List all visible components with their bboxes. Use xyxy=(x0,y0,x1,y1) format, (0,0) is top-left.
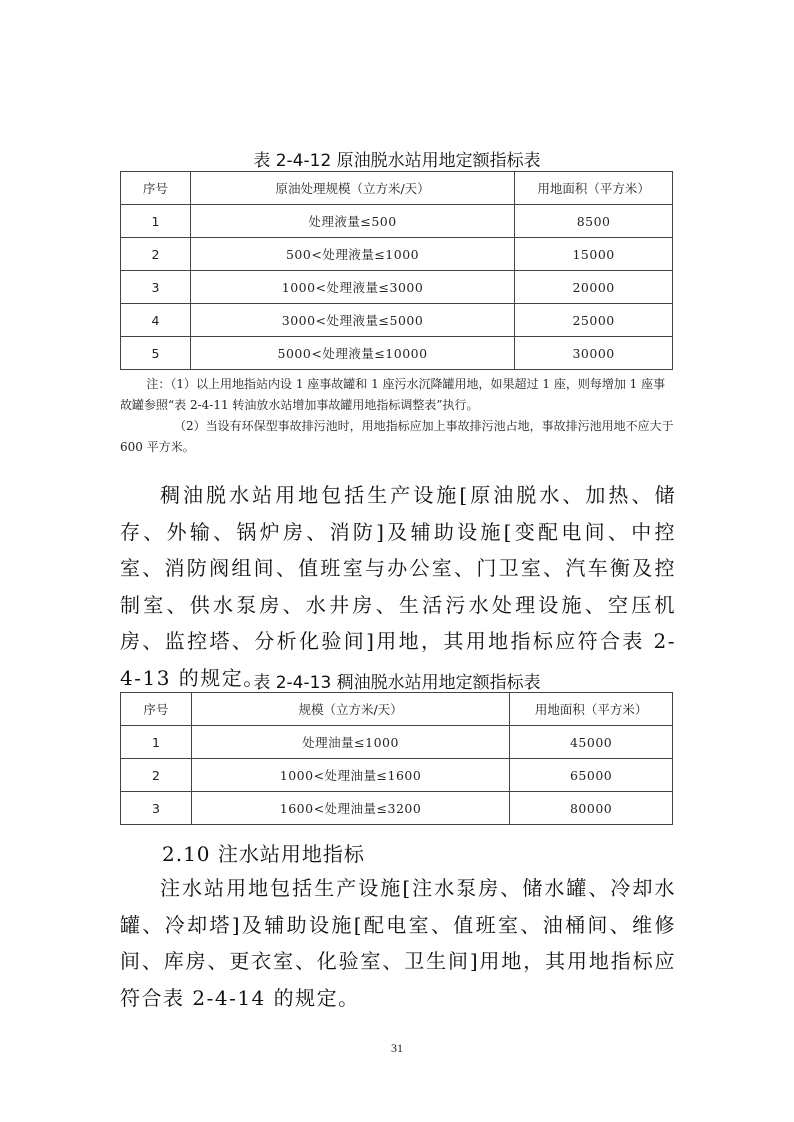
table1-caption: 表 2-4-12 原油脱水站用地定额指标表 xyxy=(0,146,794,171)
table2-caption: 表 2-4-13 稠油脱水站用地定额指标表 xyxy=(0,668,794,693)
cell-area: 20000 xyxy=(515,271,673,304)
header-scale: 规模（立方米/天） xyxy=(191,693,509,726)
cell-no: 4 xyxy=(121,304,191,337)
table-row: 2 500<处理液量≤1000 15000 xyxy=(121,238,673,271)
cell-no: 2 xyxy=(121,759,192,792)
cell-no: 5 xyxy=(121,337,191,370)
page-number: 31 xyxy=(0,1041,794,1056)
table-header-row: 序号 规模（立方米/天） 用地面积（平方米） xyxy=(121,693,673,726)
table2-heavy-oil-dehydration: 序号 规模（立方米/天） 用地面积（平方米） 1 处理油量≤1000 45000… xyxy=(120,692,673,825)
paragraph-water-injection-station: 注水站用地包括生产设施[注水泵房、储水罐、冷却水罐、冷却塔]及辅助设施[配电室、… xyxy=(120,870,676,1016)
table-row: 4 3000<处理液量≤5000 25000 xyxy=(121,304,673,337)
cell-area: 65000 xyxy=(510,759,673,792)
header-area: 用地面积（平方米） xyxy=(515,172,673,205)
table-header-row: 序号 原油处理规模（立方米/天） 用地面积（平方米） xyxy=(121,172,673,205)
table-row: 1 处理液量≤500 8500 xyxy=(121,205,673,238)
paragraph-heavy-oil-station: 稠油脱水站用地包括生产设施[原油脱水、加热、储存、外输、锅炉房、消防]及辅助设施… xyxy=(120,477,676,696)
table1-crude-oil-dehydration: 序号 原油处理规模（立方米/天） 用地面积（平方米） 1 处理液量≤500 85… xyxy=(120,171,673,370)
cell-no: 1 xyxy=(121,205,191,238)
header-scale: 原油处理规模（立方米/天） xyxy=(190,172,514,205)
header-no: 序号 xyxy=(121,693,192,726)
cell-no: 3 xyxy=(121,271,191,304)
cell-scale: 500<处理液量≤1000 xyxy=(190,238,514,271)
cell-no: 1 xyxy=(121,726,192,759)
paragraph-text: 稠油脱水站用地包括生产设施[原油脱水、加热、储存、外输、锅炉房、消防]及辅助设施… xyxy=(120,477,676,696)
table-row: 1 处理油量≤1000 45000 xyxy=(121,726,673,759)
table-row: 5 5000<处理液量≤10000 30000 xyxy=(121,337,673,370)
cell-area: 80000 xyxy=(510,792,673,825)
cell-no: 2 xyxy=(121,238,191,271)
cell-area: 8500 xyxy=(515,205,673,238)
cell-scale: 处理油量≤1000 xyxy=(191,726,509,759)
cell-scale: 1000<处理油量≤1600 xyxy=(191,759,509,792)
cell-scale: 处理液量≤500 xyxy=(190,205,514,238)
cell-area: 45000 xyxy=(510,726,673,759)
cell-area: 30000 xyxy=(515,337,673,370)
cell-scale: 5000<处理液量≤10000 xyxy=(190,337,514,370)
cell-scale: 1000<处理液量≤3000 xyxy=(190,271,514,304)
note-1: 注：（1）以上用地指站内设 1 座事故罐和 1 座污水沉降罐用地，如果超过 1 … xyxy=(120,374,675,416)
cell-scale: 3000<处理液量≤5000 xyxy=(190,304,514,337)
table-row: 3 1000<处理液量≤3000 20000 xyxy=(121,271,673,304)
cell-area: 25000 xyxy=(515,304,673,337)
cell-no: 3 xyxy=(121,792,192,825)
section-heading: 2.10 注水站用地指标 xyxy=(162,838,365,867)
table1-notes: 注：（1）以上用地指站内设 1 座事故罐和 1 座污水沉降罐用地，如果超过 1 … xyxy=(120,374,675,458)
table-row: 2 1000<处理油量≤1600 65000 xyxy=(121,759,673,792)
table-row: 3 1600<处理油量≤3200 80000 xyxy=(121,792,673,825)
header-area: 用地面积（平方米） xyxy=(510,693,673,726)
note-2: （2）当设有环保型事故排污池时，用地指标应加上事故排污池占地，事故排污池用地不应… xyxy=(120,416,675,458)
cell-area: 15000 xyxy=(515,238,673,271)
cell-scale: 1600<处理油量≤3200 xyxy=(191,792,509,825)
header-no: 序号 xyxy=(121,172,191,205)
paragraph-text: 注水站用地包括生产设施[注水泵房、储水罐、冷却水罐、冷却塔]及辅助设施[配电室、… xyxy=(120,870,676,1016)
